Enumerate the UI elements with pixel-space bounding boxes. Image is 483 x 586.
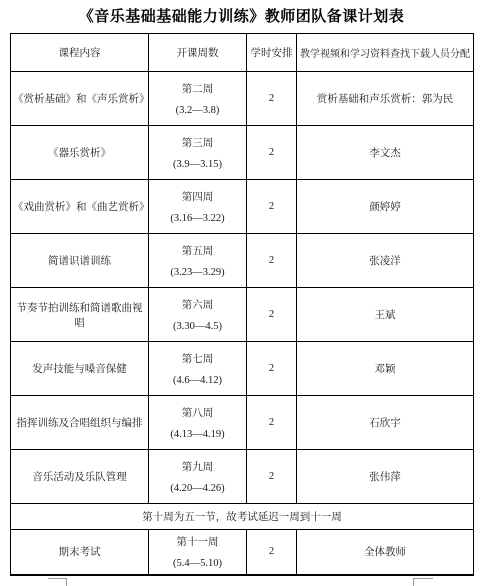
week-cell: 第九周 (4.20—4.26) bbox=[149, 450, 247, 504]
page-artifact-left bbox=[48, 578, 67, 586]
table-row: 《赏析基础》和《声乐赏析》 第二周 (3.2—3.8) 2 赏析基础和声乐赏析：… bbox=[11, 72, 474, 126]
table-row: 音乐活动及乐队管理 第九周 (4.20—4.26) 2 张伟萍 bbox=[11, 450, 474, 504]
table-row: 发声技能与嗓音保健 第七周 (4.6—4.12) 2 邓颖 bbox=[11, 342, 474, 396]
assignee-cell: 张凌洋 bbox=[297, 234, 474, 288]
header-hours: 学时安排 bbox=[247, 34, 297, 72]
assignee-cell: 邓颖 bbox=[297, 342, 474, 396]
hours-cell: 2 bbox=[247, 530, 297, 575]
week-dates: (3.16—3.22) bbox=[151, 213, 244, 224]
assignee-cell: 赏析基础和声乐赏析：郭为民 bbox=[297, 72, 474, 126]
assignee-cell: 颜婷婷 bbox=[297, 180, 474, 234]
hours-cell: 2 bbox=[247, 342, 297, 396]
table-row: 节奏节拍训练和简谱歌曲视唱 第六周 (3.30—4.5) 2 王斌 bbox=[11, 288, 474, 342]
course-cell: 简谱识谱训练 bbox=[11, 234, 149, 288]
hours-cell: 2 bbox=[247, 450, 297, 504]
week-label: 第四周 bbox=[151, 189, 244, 204]
table-header-row: 课程内容 开课周数 学时安排 教学视频和学习资料查找下载人员分配 bbox=[11, 34, 474, 72]
table-body: 课程内容 开课周数 学时安排 教学视频和学习资料查找下载人员分配 《赏析基础》和… bbox=[11, 34, 474, 575]
hours-cell: 2 bbox=[247, 396, 297, 450]
week-cell: 第四周 (3.16—3.22) bbox=[149, 180, 247, 234]
week-label: 第八周 bbox=[151, 405, 244, 420]
week-cell: 第三周 (3.9—3.15) bbox=[149, 126, 247, 180]
week-label: 第七周 bbox=[151, 351, 244, 366]
week-cell: 第七周 (4.6—4.12) bbox=[149, 342, 247, 396]
week-cell: 第六周 (3.30—4.5) bbox=[149, 288, 247, 342]
week-cell: 第八周 (4.13—4.19) bbox=[149, 396, 247, 450]
course-cell: 音乐活动及乐队管理 bbox=[11, 450, 149, 504]
hours-cell: 2 bbox=[247, 234, 297, 288]
week-cell: 第二周 (3.2—3.8) bbox=[149, 72, 247, 126]
document-page: 《音乐基础基础能力训练》教师团队备课计划表 课程内容 开课周数 学时安排 教学视… bbox=[0, 0, 483, 586]
week-label: 第十一周 bbox=[151, 534, 244, 549]
table-row: 指挥训练及合唱组织与编排 第八周 (4.13—4.19) 2 石欣宇 bbox=[11, 396, 474, 450]
assignee-cell: 王斌 bbox=[297, 288, 474, 342]
week-label: 第九周 bbox=[151, 459, 244, 474]
week-label: 第二周 bbox=[151, 81, 244, 96]
course-cell: 指挥训练及合唱组织与编排 bbox=[11, 396, 149, 450]
page-artifact-right bbox=[413, 578, 433, 586]
course-cell: 《戏曲赏析》和《曲艺赏析》 bbox=[11, 180, 149, 234]
assignee-cell: 全体教师 bbox=[297, 530, 474, 575]
course-cell: 期末考试 bbox=[11, 530, 149, 575]
assignee-cell: 张伟萍 bbox=[297, 450, 474, 504]
table-row: 简谱识谱训练 第五周 (3.23—3.29) 2 张凌洋 bbox=[11, 234, 474, 288]
course-cell: 发声技能与嗓音保健 bbox=[11, 342, 149, 396]
course-cell: 节奏节拍训练和简谱歌曲视唱 bbox=[11, 288, 149, 342]
week-cell: 第十一周 (5.4—5.10) bbox=[149, 530, 247, 575]
week-dates: (4.13—4.19) bbox=[151, 429, 244, 440]
hours-cell: 2 bbox=[247, 180, 297, 234]
note-text: 第十周为五一节，故考试延迟一周到十一周 bbox=[11, 504, 474, 530]
course-cell: 《赏析基础》和《声乐赏析》 bbox=[11, 72, 149, 126]
week-dates: (4.6—4.12) bbox=[151, 375, 244, 386]
hours-cell: 2 bbox=[247, 72, 297, 126]
week-dates: (3.9—3.15) bbox=[151, 159, 244, 170]
header-assignee: 教学视频和学习资料查找下载人员分配 bbox=[297, 34, 474, 72]
week-dates: (3.2—3.8) bbox=[151, 105, 244, 116]
final-exam-row: 期末考试 第十一周 (5.4—5.10) 2 全体教师 bbox=[11, 530, 474, 575]
week-label: 第五周 bbox=[151, 243, 244, 258]
week-label: 第三周 bbox=[151, 135, 244, 150]
table-row: 《器乐赏析》 第三周 (3.9—3.15) 2 李文杰 bbox=[11, 126, 474, 180]
week-dates: (3.23—3.29) bbox=[151, 267, 244, 278]
week-cell: 第五周 (3.23—3.29) bbox=[149, 234, 247, 288]
assignee-cell: 李文杰 bbox=[297, 126, 474, 180]
week-dates: (5.4—5.10) bbox=[151, 558, 244, 569]
week-dates: (4.20—4.26) bbox=[151, 483, 244, 494]
table-row: 《戏曲赏析》和《曲艺赏析》 第四周 (3.16—3.22) 2 颜婷婷 bbox=[11, 180, 474, 234]
hours-cell: 2 bbox=[247, 126, 297, 180]
week-label: 第六周 bbox=[151, 297, 244, 312]
assignee-cell: 石欣宇 bbox=[297, 396, 474, 450]
note-row: 第十周为五一节，故考试延迟一周到十一周 bbox=[11, 504, 474, 530]
hours-cell: 2 bbox=[247, 288, 297, 342]
week-dates: (3.30—4.5) bbox=[151, 321, 244, 332]
header-course: 课程内容 bbox=[11, 34, 149, 72]
document-title: 《音乐基础基础能力训练》教师团队备课计划表 bbox=[0, 5, 483, 26]
lesson-plan-table: 课程内容 开课周数 学时安排 教学视频和学习资料查找下载人员分配 《赏析基础》和… bbox=[10, 33, 474, 576]
course-cell: 《器乐赏析》 bbox=[11, 126, 149, 180]
header-week: 开课周数 bbox=[149, 34, 247, 72]
